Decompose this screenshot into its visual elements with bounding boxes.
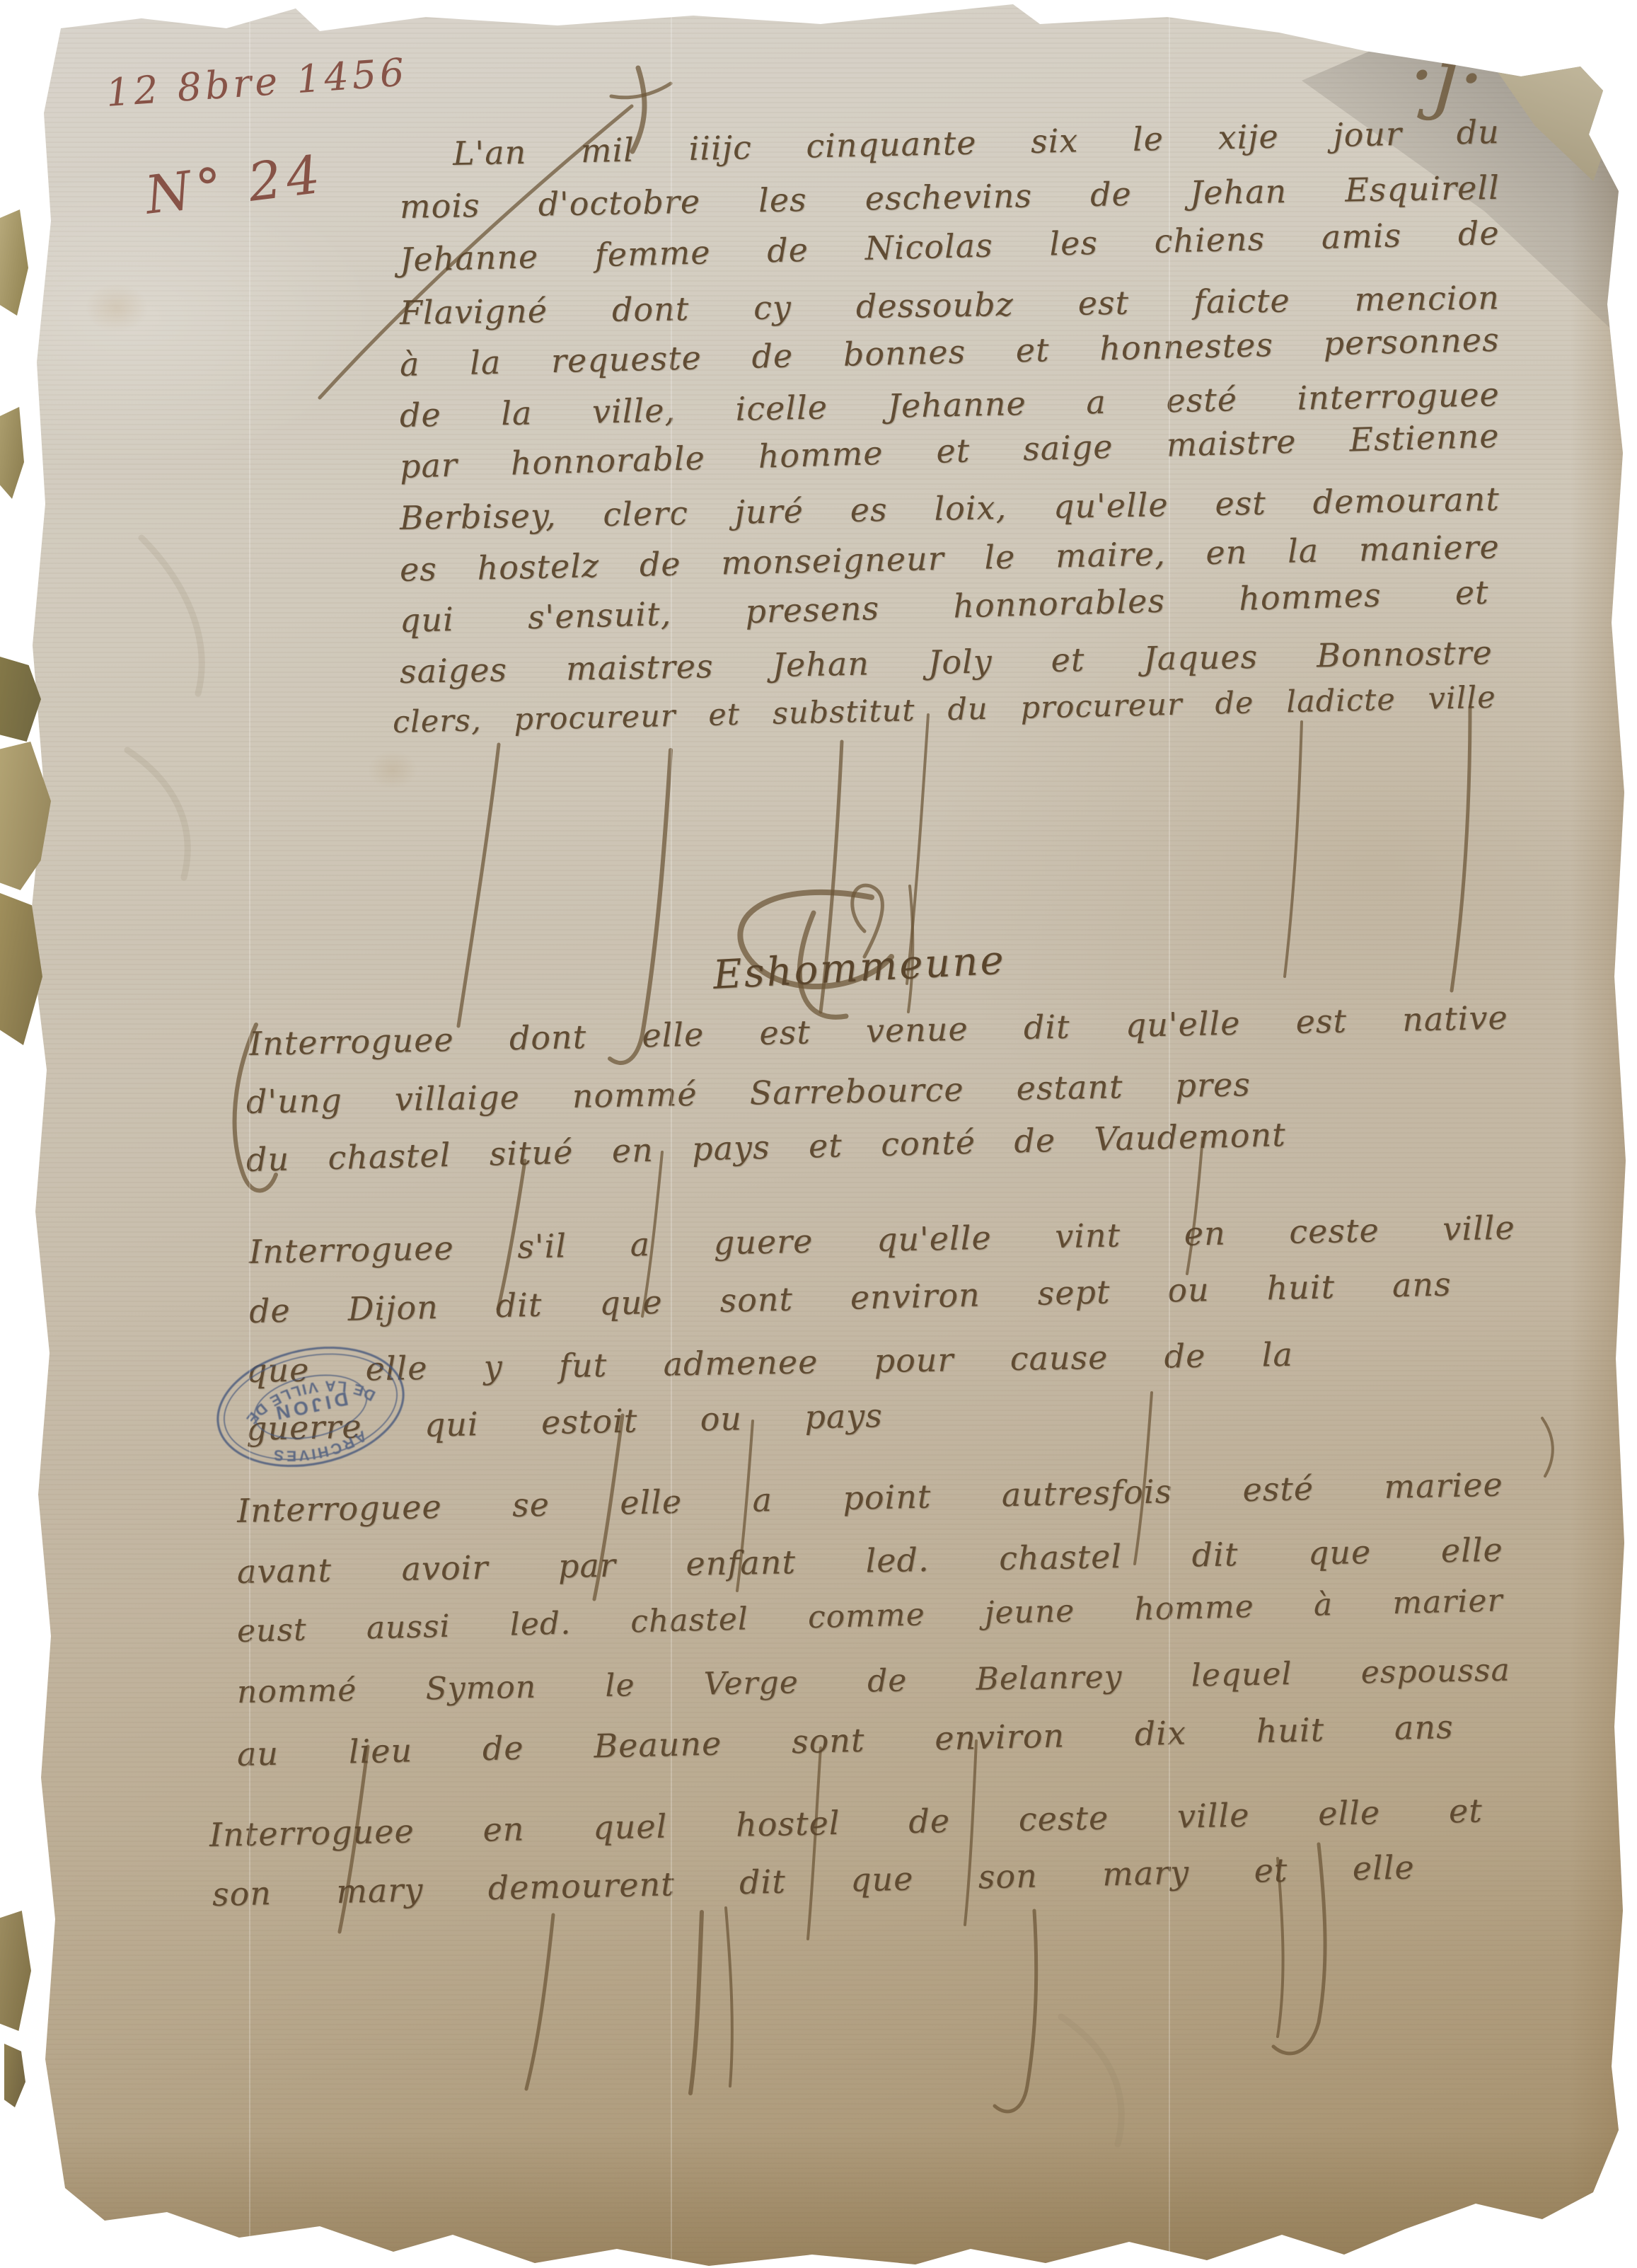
manuscript-page: 12 8bre 1456 N° 24 ·j· L'an mil iiijc ci…	[0, 0, 1637, 2268]
scan-seam	[671, 0, 672, 2268]
right-edge-shading	[1570, 0, 1637, 2268]
scan-canvas: 12 8bre 1456 N° 24 ·j· L'an mil iiijc ci…	[0, 0, 1637, 2268]
folio-number: ·j·	[1406, 28, 1488, 125]
paper-stain	[85, 283, 149, 333]
binding-debris	[0, 209, 28, 316]
binding-debris	[0, 1911, 31, 2031]
paper-stain	[368, 750, 417, 790]
binding-debris	[0, 407, 24, 499]
bottom-edge-shading	[0, 2134, 1637, 2268]
binding-debris	[4, 2044, 25, 2107]
scan-seam	[1169, 0, 1170, 2268]
scan-seam	[249, 0, 250, 2268]
